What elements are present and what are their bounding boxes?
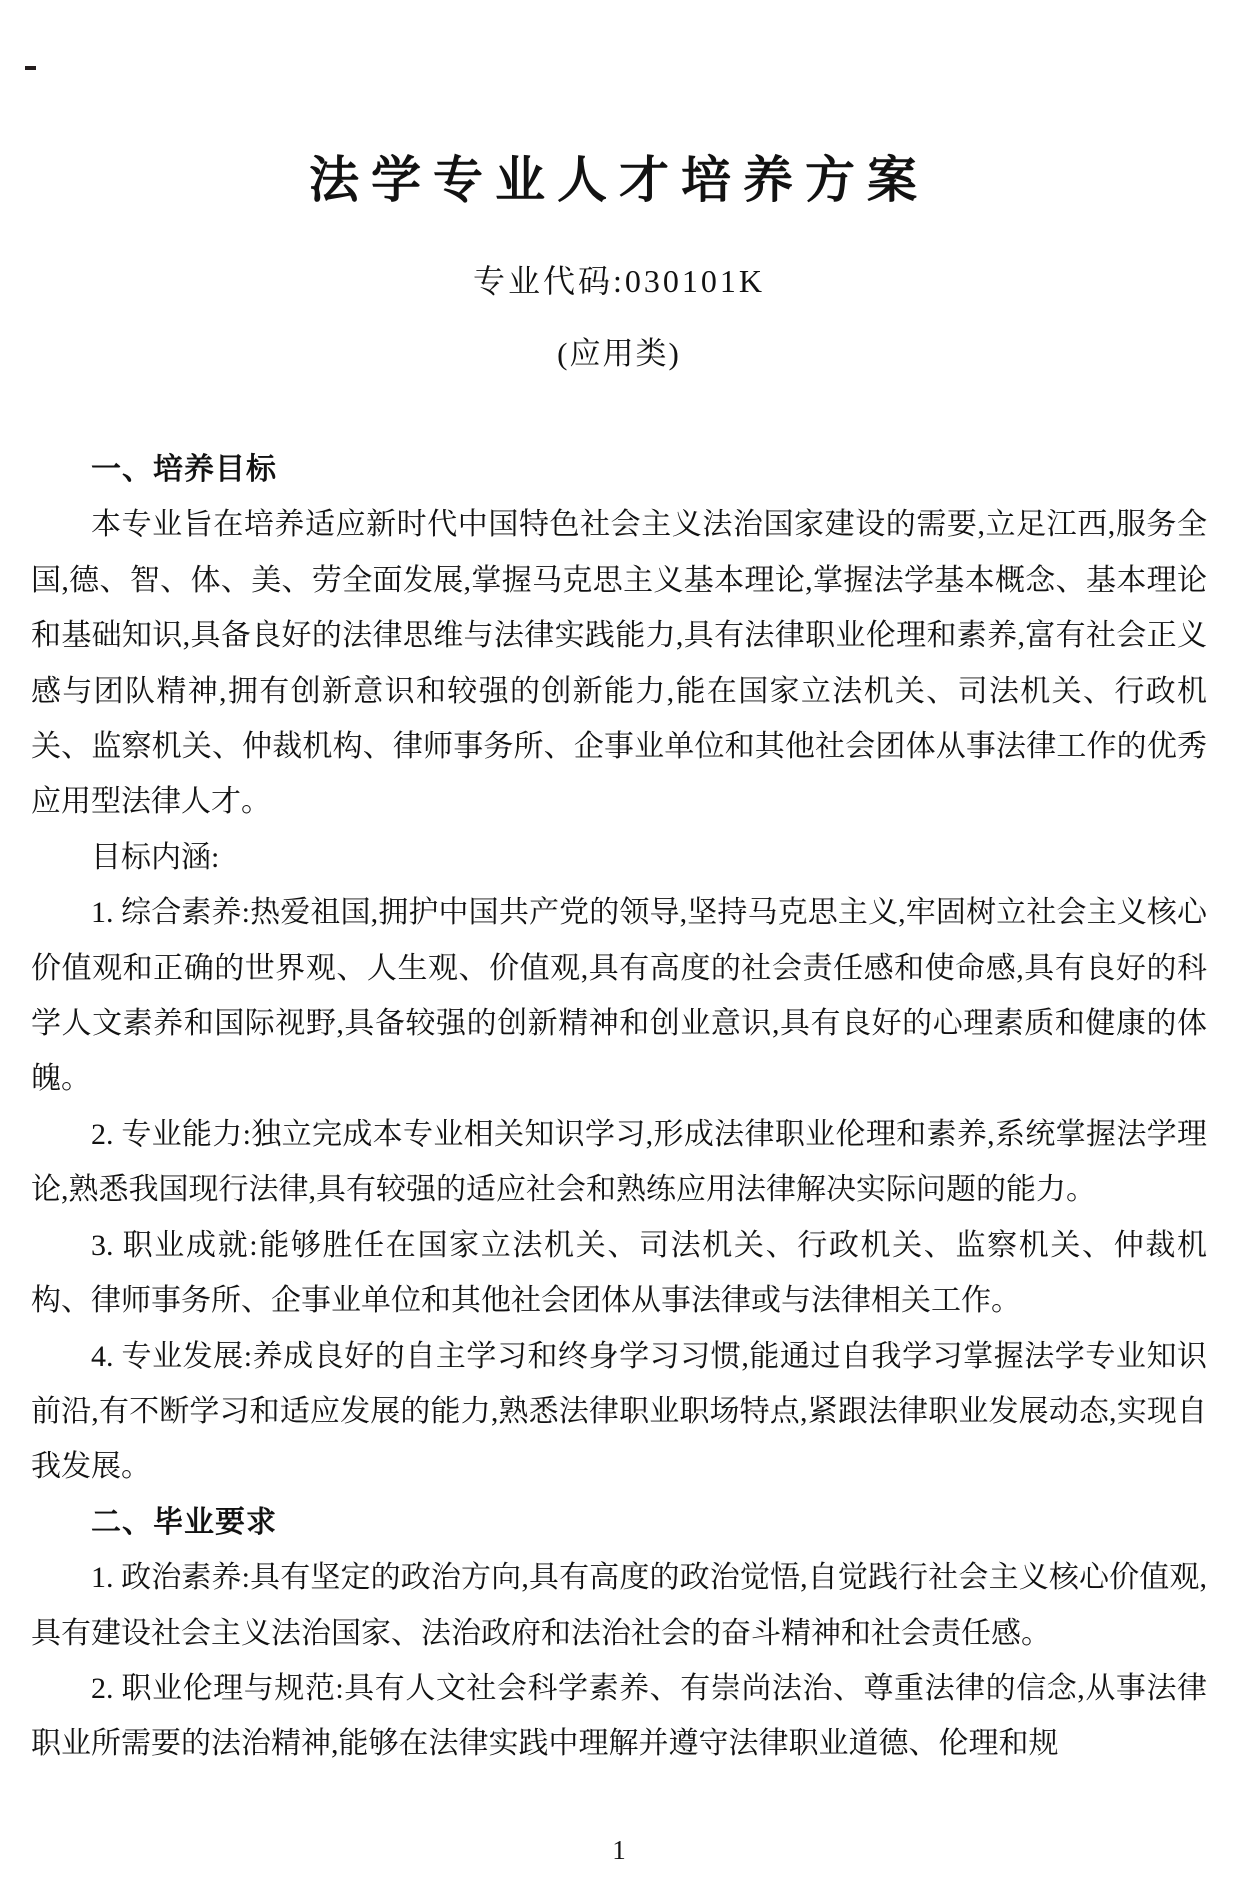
category-label: (应用类) xyxy=(0,336,1238,372)
paragraph-professional-development: 4. 专业发展:养成良好的自主学习和终身学习习惯,能通过自我学习掌握法学专业知识… xyxy=(31,1329,1207,1495)
paragraph-training-overview: 本专业旨在培养适应新时代中国特色社会主义法治国家建设的需要,立足江西,服务全国,… xyxy=(31,497,1207,829)
paragraph-professional-ability: 2. 专业能力:独立完成本专业相关知识学习,形成法律职业伦理和素养,系统掌握法学… xyxy=(31,1107,1207,1218)
major-code-line: 专业代码:030101K xyxy=(0,263,1238,300)
paragraph-career-achievement: 3. 职业成就:能够胜任在国家立法机关、司法机关、行政机关、监察机关、仲裁机构、… xyxy=(31,1218,1207,1329)
document-page: 法学专业人才培养方案 专业代码:030101K (应用类) 一、培养目标 本专业… xyxy=(0,0,1238,1885)
section-heading-training-objectives: 一、培养目标 xyxy=(31,442,1207,497)
scan-artifact-dash xyxy=(25,66,36,70)
document-title: 法学专业人才培养方案 xyxy=(0,153,1238,208)
paragraph-objective-connotation-label: 目标内涵: xyxy=(31,830,1207,885)
paragraph-comprehensive-quality: 1. 综合素养:热爱祖国,拥护中国共产党的领导,坚持马克思主义,牢固树立社会主义… xyxy=(31,885,1207,1107)
paragraph-political-quality: 1. 政治素养:具有坚定的政治方向,具有高度的政治觉悟,自觉践行社会主义核心价值… xyxy=(31,1550,1207,1661)
section-heading-graduation-requirements: 二、毕业要求 xyxy=(31,1495,1207,1550)
document-body: 一、培养目标 本专业旨在培养适应新时代中国特色社会主义法治国家建设的需要,立足江… xyxy=(31,442,1207,1772)
page-number: 1 xyxy=(0,1836,1238,1866)
paragraph-professional-ethics: 2. 职业伦理与规范:具有人文社会科学素养、有崇尚法治、尊重法律的信念,从事法律… xyxy=(31,1661,1207,1772)
